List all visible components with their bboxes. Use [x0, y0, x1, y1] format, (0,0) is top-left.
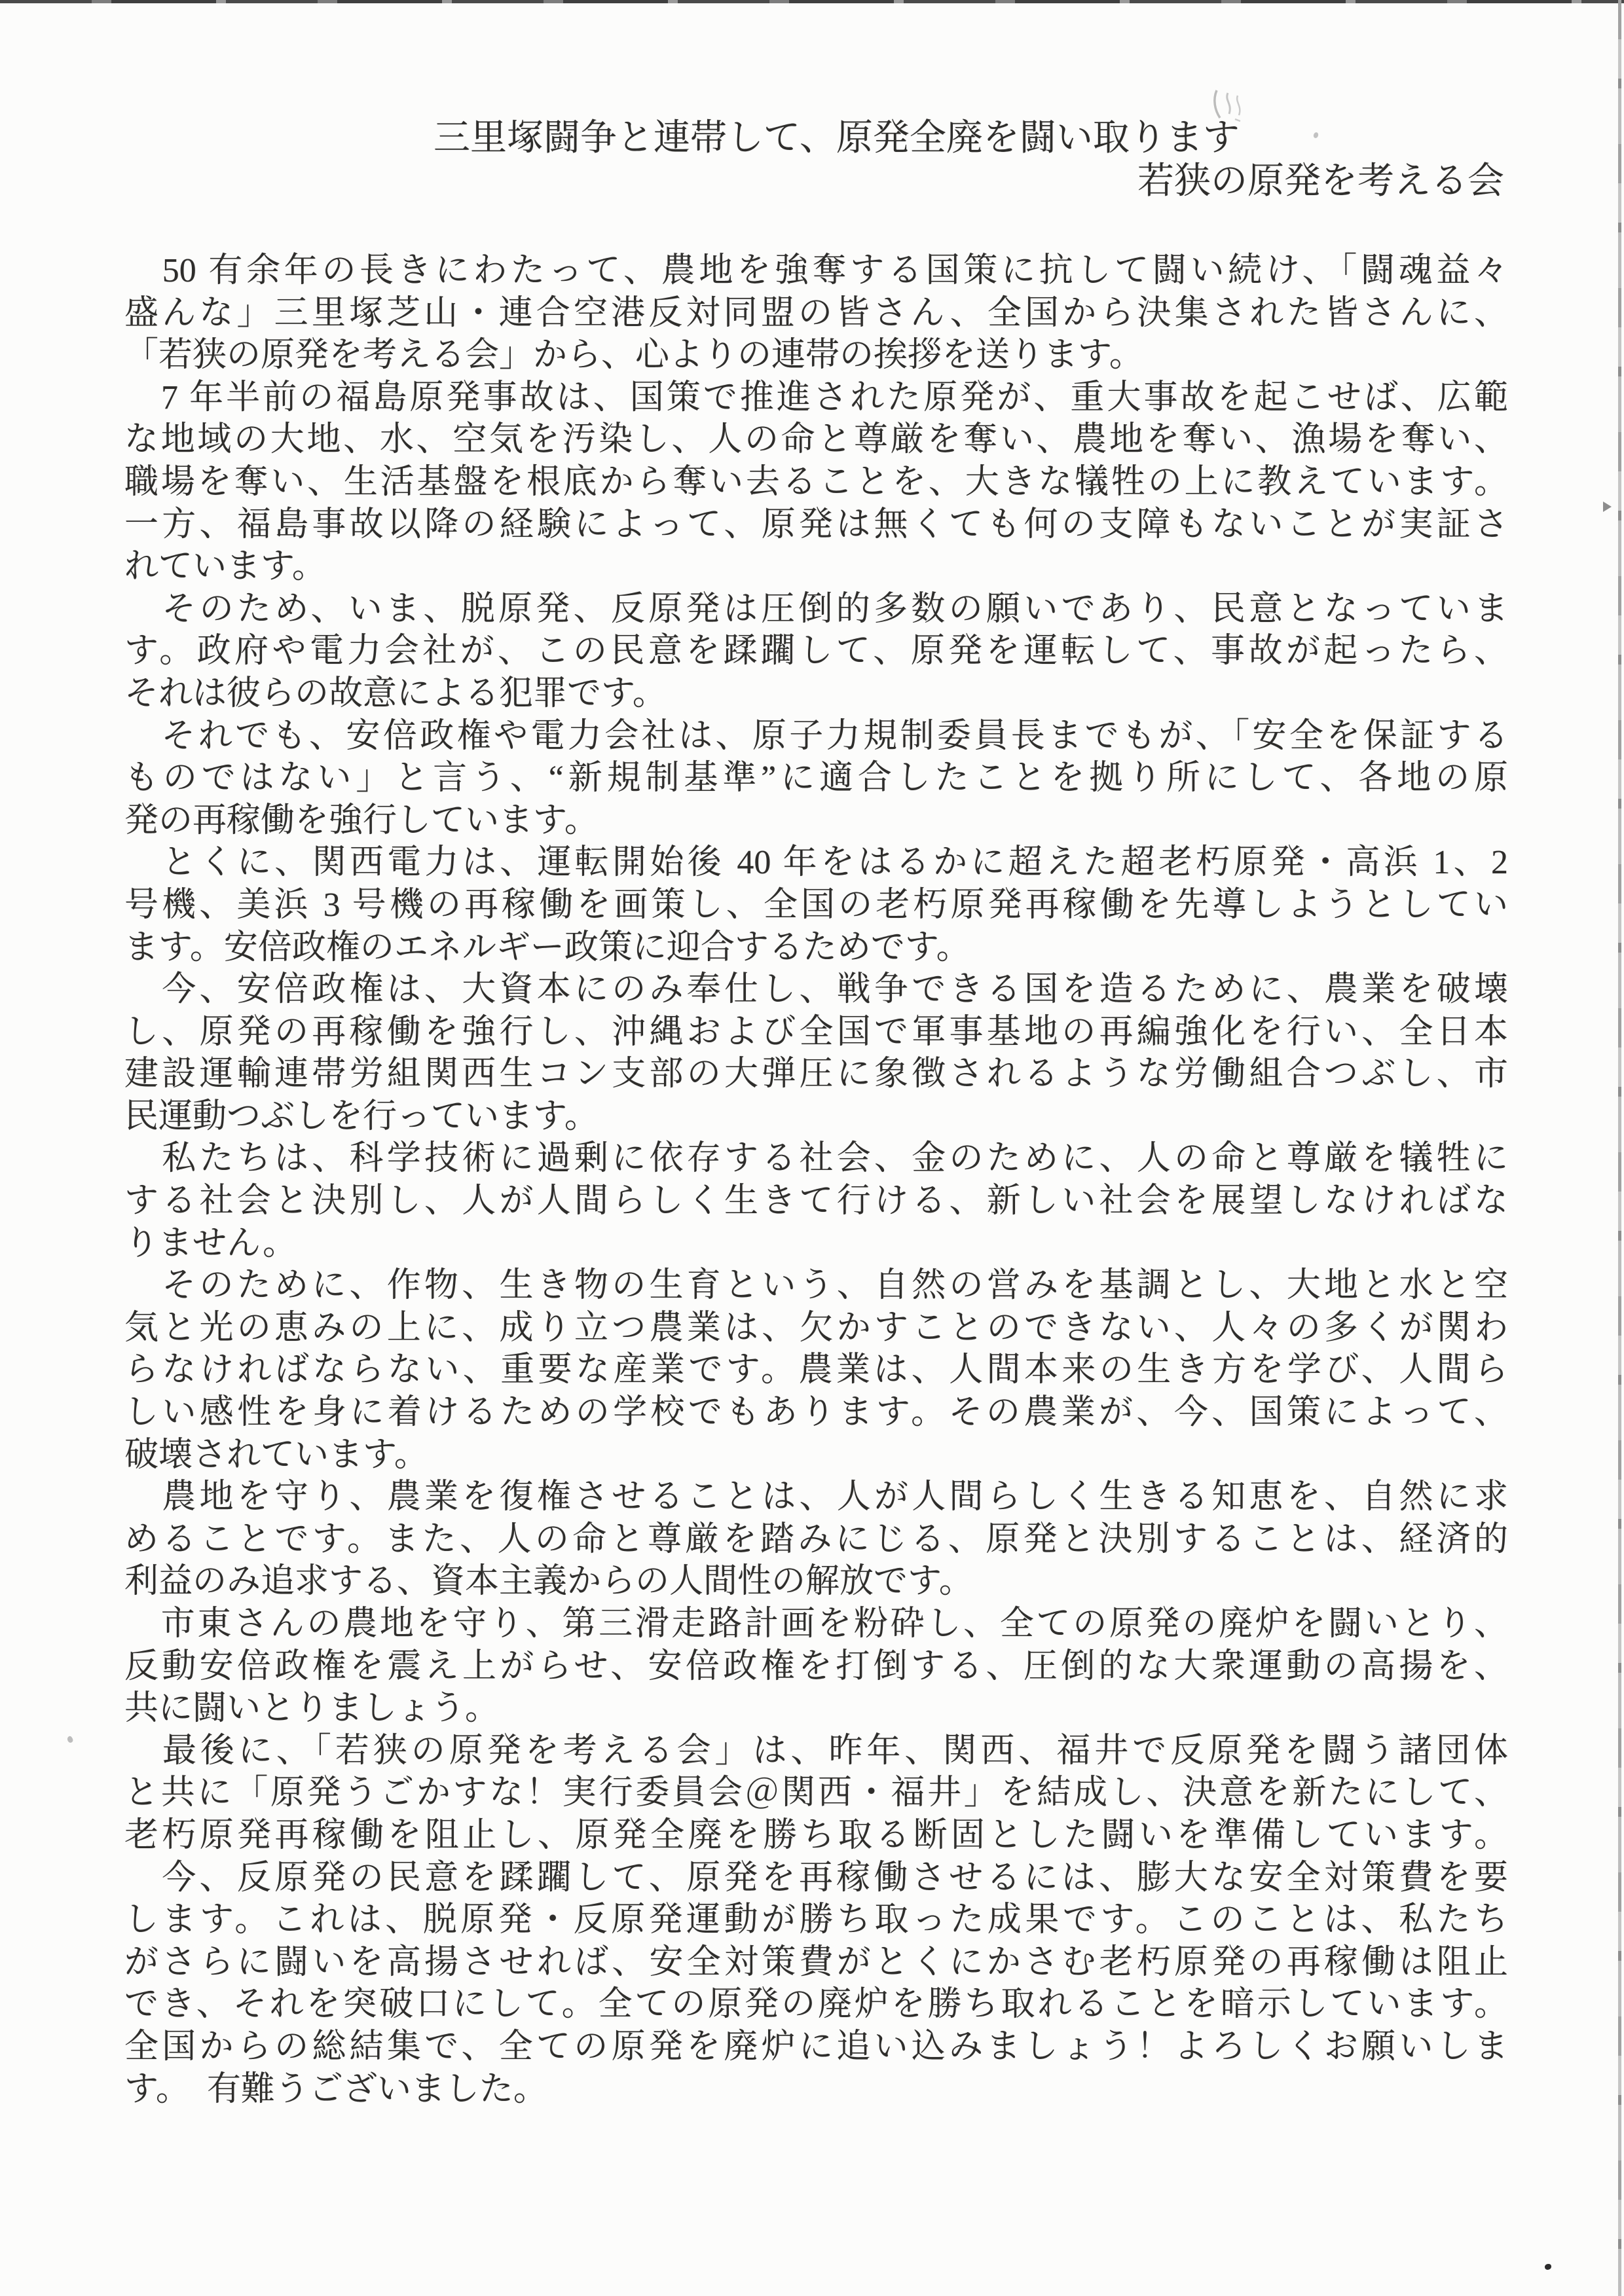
scanned-page: 三里塚闘争と連帯して、原発全廃を闘い取ります 若狭の原発を考える会 50 有余年… — [0, 0, 1624, 2296]
text-line: れています。 — [124, 546, 1508, 589]
text-line: と共に「原発うごかすな！実行委員会＠関西・福井」を結成し、決意を新たにして、 — [124, 1772, 1508, 1815]
text-line: りません。 — [124, 1223, 1508, 1266]
text-line: 民運動つぶしを行っています。 — [124, 1096, 1508, 1139]
text-line: 7 年半前の福島原発事故は、国策で推進された原発が、重大事故を起こせば、広範 — [124, 377, 1508, 420]
text-line: します。これは、脱原発・反原発運動が勝ち取った成果です。このことは、私たち — [124, 1899, 1508, 1942]
text-line: する社会と決別し、人が人間らしく生きて行ける、新しい社会を展望しなければな — [124, 1180, 1508, 1223]
text-line: 破壊されています。 — [124, 1434, 1508, 1477]
text-line: す。政府や電力会社が、この民意を蹂躙して、原発を運転して、事故が起ったら、 — [124, 630, 1508, 673]
text-line: 盛んな」三里塚芝山・連合空港反対同盟の皆さん、全国から決集された皆さんに、 — [124, 293, 1508, 335]
text-line: 農地を守り、農業を復権させることは、人が人間らしく生きる知恵を、自然に求 — [124, 1476, 1508, 1519]
faint-speck-artifact — [66, 1736, 74, 1744]
text-line: 老朽原発再稼働を阻止し、原発全廃を勝ち取る断固とした闘いを準備しています。 — [124, 1815, 1508, 1857]
text-line: そのため、いま、脱原発、反原発は圧倒的多数の願いであり、民意となっていま — [124, 589, 1508, 631]
text-line: 号機、美浜 3 号機の再稼働を画策し、全国の老朽原発再稼働を先導しようとしてい — [124, 884, 1508, 927]
text-line: す。 有難うございました。 — [124, 2069, 1508, 2111]
text-line: 反動安倍政権を震え上がらせ、安倍政権を打倒する、圧倒的な大衆運動の高揚を、 — [124, 1646, 1508, 1688]
ink-speck-artifact — [1545, 2264, 1551, 2270]
text-line: 一方、福島事故以降の経験によって、原発は無くても何の支障もないことが実証さ — [124, 504, 1508, 547]
text-line: 50 有余年の長きにわたって、農地を強奪する国策に抗して闘い続け、「闘魂益々 — [124, 250, 1508, 293]
ink-dot-artifact — [1313, 132, 1319, 139]
text-line: 私たちは、科学技術に過剰に依存する社会、金のために、人の命と尊厳を犠牲に — [124, 1138, 1508, 1180]
document-body: 50 有余年の長きにわたって、農地を強奪する国策に抗して闘い続け、「闘魂益々盛ん… — [124, 250, 1508, 2111]
text-line: 今、反原発の民意を蹂躙して、原発を再稼働させるには、膨大な安全対策費を要 — [124, 1857, 1508, 1900]
text-line: 職場を奪い、生活基盤を根底から奪い去ることを、大きな犠牲の上に教えています。 — [124, 462, 1508, 504]
text-line: し、原発の再稼働を強行し、沖縄および全国で軍事基地の再編強化を行い、全日本 — [124, 1011, 1508, 1054]
text-line: 利益のみ追求する、資本主義からの人間性の解放です。 — [124, 1561, 1508, 1603]
text-line: 全国からの総結集で、全ての原発を廃炉に追い込みましょう！よろしくお願いしま — [124, 2026, 1508, 2069]
scan-right-edge-line — [1618, 0, 1621, 2296]
text-line: とくに、関西電力は、運転開始後 40 年をはるかに超えた超老朽原発・高浜 1、2 — [124, 842, 1508, 884]
text-line: 発の再稼働を強行しています。 — [124, 800, 1508, 843]
text-line: ものではない」と言う、“新規制基準”に適合したことを拠り所にして、各地の原 — [124, 757, 1508, 800]
text-line: 共に闘いとりましょう。 — [124, 1688, 1508, 1730]
text-line: 市東さんの農地を守り、第三滑走路計画を粉砕し、全ての原発の廃炉を闘いとり、 — [124, 1603, 1508, 1646]
text-line: それでも、安倍政権や電力会社は、原子力規制委員長までもが、「安全を保証する — [124, 716, 1508, 758]
pencil-smudge — [1206, 84, 1253, 132]
text-line: な地域の大地、水、空気を汚染し、人の命と尊厳を奪い、農地を奪い、漁場を奪い、 — [124, 419, 1508, 462]
text-line: めることです。また、人の命と尊厳を踏みにじる、原発と決別することは、経済的 — [124, 1519, 1508, 1561]
text-line: それは彼らの故意による犯罪です。 — [124, 673, 1508, 716]
text-line: 今、安倍政権は、大資本にのみ奉仕し、戦争できる国を造るために、農業を破壊 — [124, 969, 1508, 1011]
document-author: 若狭の原発を考える会 — [1137, 160, 1504, 203]
text-line: らなければならない、重要な産業です。農業は、人間本来の生き方を学び、人間ら — [124, 1349, 1508, 1392]
text-line: ます。安倍政権のエネルギー政策に迎合するためです。 — [124, 927, 1508, 970]
text-line: しい感性を身に着けるための学校でもあります。その農業が、今、国策によって、 — [124, 1392, 1508, 1434]
scan-top-edge-line — [0, 0, 1624, 3]
text-line: 建設運輸連帯労組関西生コン支部の大弾圧に象徴されるような労働組合つぶし、市 — [124, 1053, 1508, 1096]
document-title: 三里塚闘争と連帯して、原発全廃を闘い取ります — [434, 117, 1240, 160]
text-line: そのために、作物、生き物の生育という、自然の営みを基調とし、大地と水と空 — [124, 1265, 1508, 1307]
text-line: 最後に、「若狭の原発を考える会」は、昨年、関西、福井で反原発を闘う諸団体 — [124, 1730, 1508, 1773]
text-line: 「若狭の原発を考える会」から、心よりの連帯の挨拶を送ります。 — [124, 335, 1508, 377]
text-line: でき、それを突破口にして。全ての原発の廃炉を勝ち取れることを暗示しています。 — [124, 1984, 1508, 2026]
text-line: がさらに闘いを高揚させれば、安全対策費がとくにかさむ老朽原発の再稼働は阻止 — [124, 1942, 1508, 1984]
arrow-artifact — [1603, 501, 1612, 512]
text-line: 気と光の恵みの上に、成り立つ農業は、欠かすことのできない、人々の多くが関わ — [124, 1307, 1508, 1350]
